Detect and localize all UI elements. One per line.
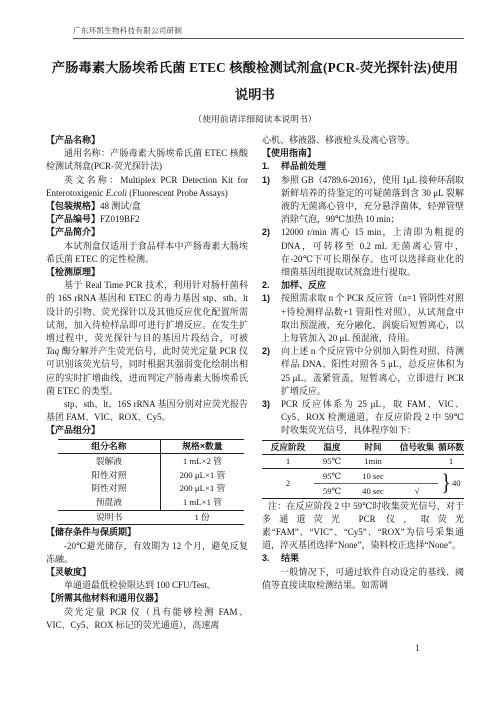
step2-label: 加样、反应 [281,279,326,292]
section-heading-principle: 【检测原理】 [46,266,248,279]
paragraph-intro: 本试剂盒仅适用于食品样本中产肠毒素大肠埃希氏菌 ETEC 的定性检测。 [46,240,248,266]
body-columns: 【产品名称】 通用名称：产肠毒素大肠埃希氏菌 ETEC 核酸检测试剂盒(PCR-… [46,134,464,632]
components-col-name: 组分名称 [58,439,160,454]
pcr-stage2-row-a: 2 95℃ 10 sec }40 [262,469,464,484]
table-row: 说明书1 份 [58,510,244,525]
line-product-code: 【产品编号】FZ019BF2 [46,213,248,226]
product-code-value: FZ019BF2 [100,214,140,224]
step2-title: 2. 加样、反应 [262,279,464,292]
line-packaging: 【包装规格】48 测试/盒 [46,200,248,213]
step1-label: 样品前处理 [281,160,326,173]
running-header: 广东环凯生物科技有限公司研制 [73,26,464,39]
list-item: 2) 向上述 n 个反应管中分别加入阴性对照、待测样品 DNA、阳性对照各 5 … [262,345,464,398]
list-item: 1) 按照需求取 n 个 PCR 反应管（n=1 管阴性对照+待检测样品数+1 … [262,292,464,345]
paragraph-materials-part2: 心机、移液器、移液枪头及离心管等。 [262,134,464,147]
page-number: 1 [415,643,420,653]
paragraph-sensitivity: 单通道最低检验限达到 100 CFU/Test。 [46,579,248,592]
italic-taq: Taq [46,346,59,356]
cycles-value: 40 [452,478,461,489]
document-title: 产肠毒素大肠埃希氏菌 ETEC 核酸检测试剂盒(PCR-荧光探针法)使用说明书 [46,54,464,108]
section-heading-materials: 【所需其他材料和通用仪器】 [46,592,248,605]
company-name: 广东环凯生物科技有限公司研制 [73,26,182,35]
document-page: 广东环凯生物科技有限公司研制 产肠毒素大肠埃希氏菌 ETEC 核酸检测试剂盒(P… [0,0,500,632]
brace-glyph: } [441,472,451,495]
list-item: 2) 12000 r/min 离心 15 min，上清即为粗提的 DNA，可转移… [262,226,464,279]
pcr-table-header-row: 反应阶段 温度 时间 信号收集 循环数 [262,440,464,454]
section-heading-storage: 【储存条件与保质期】 [46,526,248,539]
document-subtitle: （使用前请详细阅读本说明书） [46,113,464,125]
paragraph-results: 一般情况下，可通过软件自动设定的基线、阈值等直接读取检测结果。如需调 [262,566,464,592]
step3-number: 3. [262,552,281,565]
paragraph-principle: 基于 Real Time PCR 技术，利用针对肠杆菌科的 16S rRNA 基… [46,279,248,398]
section-heading-components: 【产品组分】 [46,424,248,437]
section-heading-product-name: 【产品名称】 [46,134,248,147]
components-table-header-row: 组分名称 规格×数量 [58,439,244,454]
pcr-cycles-cell: }40 [438,469,464,498]
paragraph-note: 注：在反应阶段 2 中 59℃时收集荧光信号，对于多通道荧光 PCR 仪，取荧光… [262,500,464,553]
paragraph-reporter-genes: stp、sth、lt、16S rRNA 基因分别对应荧光报告基团 FAM、VIC… [46,398,248,424]
section-heading-product-code: 【产品编号】 [46,214,100,224]
paragraph-english-name: 英文名称：Multiplex PCR Detection Kit for Ent… [46,174,248,200]
list-item: 3) PCR 反应体系为 25 μL，取 FAM、VIC、Cy5、ROX 检测通… [262,398,464,438]
pcr-stage1-row: 1 95℃ 1min 1 [262,454,464,469]
step3-label: 结果 [281,552,299,565]
paragraph-materials-part1: 荧光定量 PCR 仪（具有能够检测 FAM、VIC、Cy5、ROX 标记的荧光通… [46,606,248,632]
table-row: 阳性对照200 μL×1 管 [58,468,244,482]
table-row: 阴性对照200 μL×1 管 [58,482,244,496]
paragraph-storage: -20℃避光储存，有效期为 12 个月，避免反复冻融。 [46,540,248,566]
components-col-spec: 规格×数量 [160,439,244,454]
italic-ecoli: E.coli [106,188,127,198]
paragraph-generic-name: 通用名称：产肠毒素大肠埃希氏菌 ETEC 核酸检测试剂盒(PCR-荧光探针法) [46,147,248,173]
step1-title: 1. 样品前处理 [262,160,464,173]
components-table: 组分名称 规格×数量 裂解液1 mL×2 管 阳性对照200 μL×1 管 阴性… [58,439,244,526]
section-heading-packaging: 【包装规格】 [46,201,100,211]
right-column: 心机、移液器、移液枪头及离心管等。 【使用指南】 1. 样品前处理 1) 参照 … [262,134,464,632]
packaging-value: 48 测试/盒 [100,201,141,211]
step1-number: 1. [262,160,281,173]
step2-number: 2. [262,279,281,292]
list-item: 1) 参照 GB（4789.6-2016），使用 1μL 接种环刮取新鲜培养的待… [262,174,464,227]
table-row: 预混液1 mL×1 管 [58,496,244,510]
pcr-program-table: 反应阶段 温度 时间 信号收集 循环数 1 95℃ 1min 1 2 95℃ 1… [262,440,464,499]
section-heading-usage: 【使用指南】 [262,147,464,160]
section-heading-intro: 【产品简介】 [46,226,248,239]
checkmark: √ [396,483,438,498]
table-row: 裂解液1 mL×2 管 [58,454,244,468]
step3-title: 3. 结果 [262,552,464,565]
section-heading-sensitivity: 【灵敏度】 [46,566,248,579]
left-column: 【产品名称】 通用名称：产肠毒素大肠埃希氏菌 ETEC 核酸检测试剂盒(PCR-… [46,134,248,632]
